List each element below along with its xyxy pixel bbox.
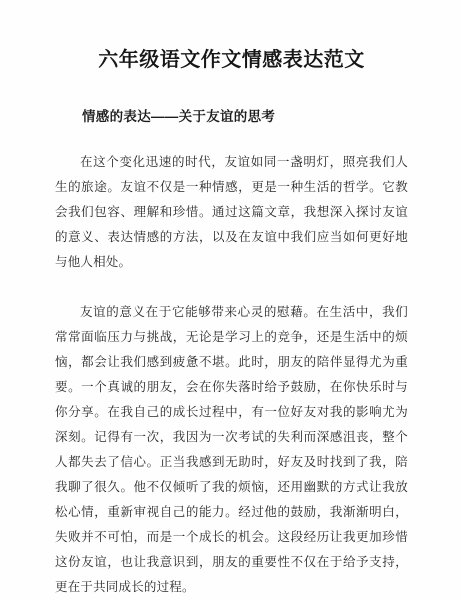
essay-paragraph-intro: 在这个变化迅速的时代，友谊如同一盏明灯，照亮我们人生的旅途。友谊不仅是一种情感，… [55, 150, 408, 275]
essay-paragraph-body: 友谊的意义在于它能够带来心灵的慰藉。在生活中，我们常常面临压力与挑战，无论是学习… [55, 300, 408, 600]
document-page: 六年级语文作文情感表达范文 情感的表达——关于友谊的思考 在这个变化迅速的时代，… [0, 0, 463, 600]
document-title: 六年级语文作文情感表达范文 [55, 48, 408, 72]
essay-subtitle: 情感的表达——关于友谊的思考 [55, 108, 408, 125]
